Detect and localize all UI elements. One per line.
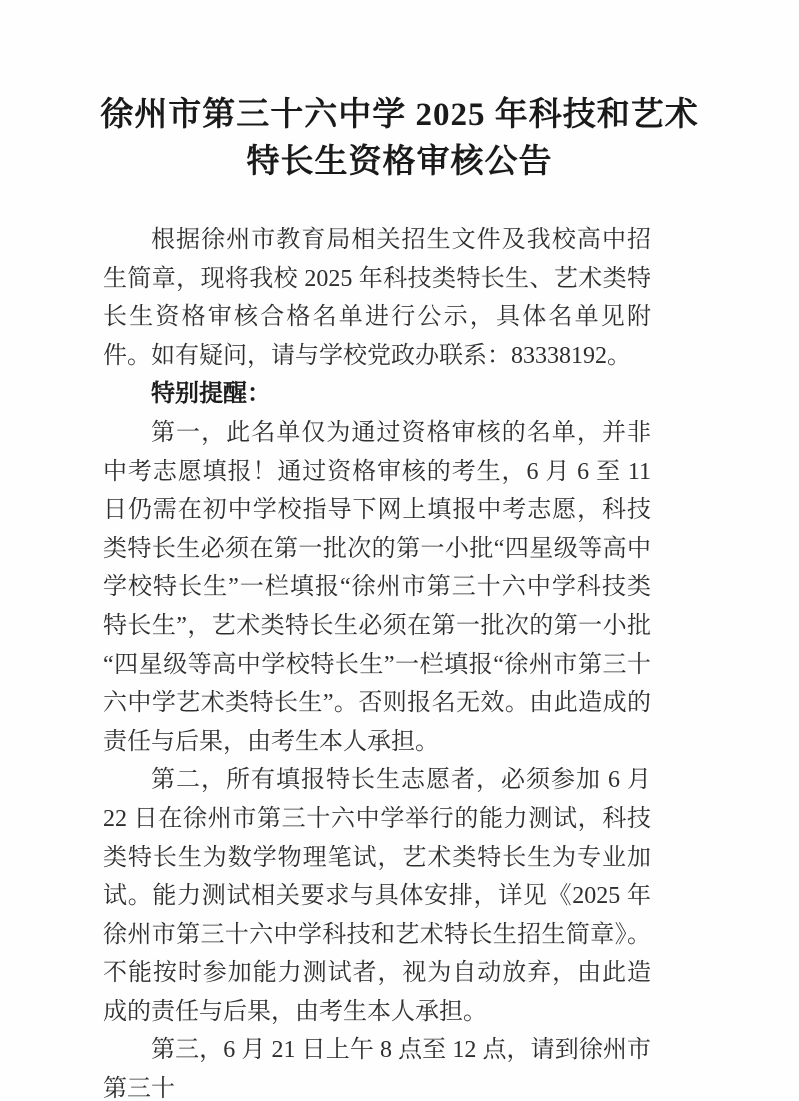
document-title-line-1: 徐州市第三十六中学 2025 年科技和艺术 (0, 92, 799, 139)
paragraph-point-2: 第二，所有填报特长生志愿者，必须参加 6 月 22 日在徐州市第三十六中学举行的… (103, 761, 651, 1031)
paragraph-point-1: 第一，此名单仅为通过资格审核的名单，并非中考志愿填报！通过资格审核的考生，6 月… (103, 414, 651, 761)
document-title: 徐州市第三十六中学 2025 年科技和艺术 特长生资格审核公告 (0, 92, 799, 186)
special-reminder-heading: 特别提醒： (103, 375, 651, 414)
paragraph-intro: 根据徐州市教育局相关招生文件及我校高中招生简章，现将我校 2025 年科技类特长… (103, 221, 651, 375)
paragraph-point-3-partial: 第三，6 月 21 日上午 8 点至 12 点，请到徐州市第三十 (103, 1031, 651, 1101)
document-body: 根据徐州市教育局相关招生文件及我校高中招生简章，现将我校 2025 年科技类特长… (103, 221, 651, 1101)
document-title-line-2: 特长生资格审核公告 (0, 139, 799, 186)
scanned-announcement-page: 徐州市第三十六中学 2025 年科技和艺术 特长生资格审核公告 根据徐州市教育局… (0, 0, 799, 1101)
